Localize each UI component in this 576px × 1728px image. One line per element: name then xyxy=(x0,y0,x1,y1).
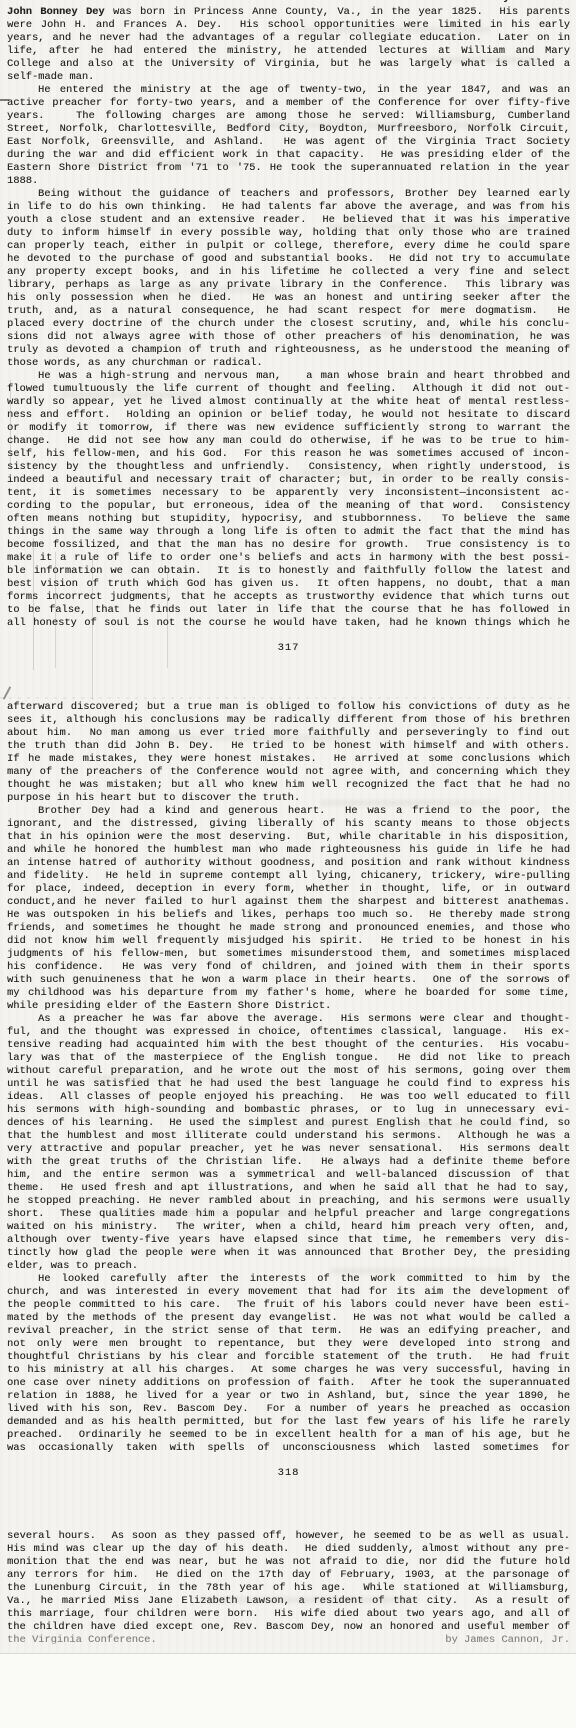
text-line: the truth than did John B. Dey. He tried… xyxy=(7,740,570,753)
margin-dash-artifact xyxy=(0,99,9,101)
crease-artifact xyxy=(55,552,56,668)
text-line: this marriage, four children were born. … xyxy=(7,1608,570,1621)
text-line: his sermons with high-sounding and bomba… xyxy=(7,1104,570,1117)
page-block-318: afterward discovered; but a true man is … xyxy=(7,701,570,1480)
text-line: His mind was clear up the day of his dea… xyxy=(7,1543,570,1556)
text-line: any terrors for him. He died on the 17th… xyxy=(7,1569,570,1582)
text-line: friends, and sometimes he thought he mad… xyxy=(7,922,570,935)
text-line: John Bonney Dey was born in Princess Ann… xyxy=(7,6,570,19)
text-line: he stopped preaching. He never rambled a… xyxy=(7,1195,570,1208)
crease-artifact xyxy=(167,572,168,668)
text-line: while presiding elder of the Eastern Sho… xyxy=(7,1000,570,1013)
closing-line: the Virginia Conference.by James Cannon,… xyxy=(7,1634,570,1647)
text-line: several hours. As soon as they passed of… xyxy=(7,1530,570,1543)
text-line: did not know him well frequently misjudg… xyxy=(7,935,570,948)
text-line: self-made man. xyxy=(7,71,570,84)
text-line: preached. Ordinarily he seemed to be in … xyxy=(7,1429,570,1442)
text-line: He was a high-strung and nervous man, a … xyxy=(7,370,570,383)
text-line: not only were men brought to repentance,… xyxy=(7,1338,570,1351)
text-line: He was outspoken in his beliefs and like… xyxy=(7,909,570,922)
text-line: sees it, although his conclusions may be… xyxy=(7,714,570,727)
smudge-artifact xyxy=(100,287,280,293)
text-column: John Bonney Dey was born in Princess Ann… xyxy=(7,0,570,1647)
text-line: church, and was interested in every move… xyxy=(7,1286,570,1299)
text-line: and fidelity. He held in supreme contemp… xyxy=(7,870,570,883)
page-number: 318 xyxy=(7,1467,570,1480)
smudge-artifact xyxy=(350,330,520,336)
text-line: monition that the end was near, but he w… xyxy=(7,1556,570,1569)
text-line: to his ministry at all his charges. At s… xyxy=(7,1364,570,1377)
smudge-artifact xyxy=(330,224,530,230)
text-line: can properly teach, either in pulpit or … xyxy=(7,240,570,253)
text-line: an intense hatred of authority without g… xyxy=(7,857,570,870)
text-line: for place, indeed, deception in every fo… xyxy=(7,883,570,896)
page-bottom-edge xyxy=(0,1653,576,1654)
text-line: revival preacher, in the strict sense of… xyxy=(7,1325,570,1338)
text-line: any property except books, and in his li… xyxy=(7,266,570,279)
text-line: him, and the entire sermon was a symmetr… xyxy=(7,1169,570,1182)
text-line: Being without the guidance of teachers a… xyxy=(7,188,570,201)
text-line: my childhood was his departure from my f… xyxy=(7,987,570,1000)
text-line: self, his fellow-men, and his God. For t… xyxy=(7,448,570,461)
text-line: Brother Dey had a kind and generous hear… xyxy=(7,805,570,818)
text-line: library, perhaps as large as any private… xyxy=(7,279,570,292)
text-line: the children have died except one, Rev. … xyxy=(7,1621,570,1634)
text-line: the people committed to his care. The fr… xyxy=(7,1299,570,1312)
text-line: He entered the ministry at the age of tw… xyxy=(7,84,570,97)
text-line: As a preacher he was far above the avera… xyxy=(7,1013,570,1026)
text-line: conduct,and he never failed to hurl agai… xyxy=(7,896,570,909)
text-line: that the humblest and most illiterate co… xyxy=(7,1130,570,1143)
scanned-document-page: by W. W. ——— John Bonney Dey was born in… xyxy=(0,0,576,1728)
smudge-artifact xyxy=(120,1210,320,1216)
text-line: lived with his son, Rev. Bascom Dey. For… xyxy=(7,1403,570,1416)
text-line: very attractive and popular preacher, ye… xyxy=(7,1143,570,1156)
text-line: with such genuineness that he won a warm… xyxy=(7,974,570,987)
crease-artifact xyxy=(33,538,34,670)
text-line: ignorant, and the distressed, giving lib… xyxy=(7,818,570,831)
text-line: thought he was mistaken; but all who kne… xyxy=(7,779,570,792)
crease-artifact xyxy=(92,556,93,700)
crease-artifact xyxy=(10,380,11,468)
smudge-artifact xyxy=(240,122,500,128)
text-line: that in his opinion were the most deserv… xyxy=(7,831,570,844)
text-line: truly as devoted a champion of truth and… xyxy=(7,344,570,357)
text-line: truth, and, as a natural consequence, he… xyxy=(7,305,570,318)
text-line: those words, as any churchman or radical… xyxy=(7,357,570,370)
text-line: East Norfolk, Greensville, and Ashland. … xyxy=(7,136,570,149)
text-line: waited on his ministry. The writer, when… xyxy=(7,1221,570,1234)
text-line: things in the same way through a long li… xyxy=(7,526,570,539)
text-line: his only possession when he died. He was… xyxy=(7,292,570,305)
smudge-artifact xyxy=(300,470,500,476)
text-line: years, and he never had the advantages o… xyxy=(7,32,570,45)
text-line: with the great truths of the Christian l… xyxy=(7,1156,570,1169)
pages-container: John Bonney Dey was born in Princess Ann… xyxy=(7,6,570,1647)
page-seam-artifact xyxy=(0,697,576,699)
smudge-artifact xyxy=(300,1122,520,1128)
text-line: ideas. All classes of people enjoyed his… xyxy=(7,1091,570,1104)
cropped-byline-previous-sketch: by W. W. ——— xyxy=(422,0,572,5)
text-line: mated by the methods of the present day … xyxy=(7,1312,570,1325)
smudge-artifact xyxy=(80,160,240,166)
smudge-artifact xyxy=(60,392,200,398)
text-line: tensive reading had acquainted him with … xyxy=(7,1039,570,1052)
closing-text: the Virginia Conference. xyxy=(7,1634,157,1647)
text-line: 1888. xyxy=(7,175,570,188)
text-line: active preacher for forty-two years, and… xyxy=(7,97,570,110)
author-byline: by James Cannon, Jr. xyxy=(445,1634,570,1647)
text-line: If he made mistakes, they were honest mi… xyxy=(7,753,570,766)
text-line: the Lunenburg Circuit, in the 78th year … xyxy=(7,1582,570,1595)
text-line: lary was that of the masterpiece of the … xyxy=(7,1052,570,1065)
text-line: his confidence. He was very fond of chil… xyxy=(7,961,570,974)
smudge-artifact xyxy=(420,57,540,63)
text-line: in life to do his own thinking. He had t… xyxy=(7,201,570,214)
text-line: become fossilized, and that the man has … xyxy=(7,539,570,552)
text-line: demanded and as his health permitted, bu… xyxy=(7,1416,570,1429)
text-line: tent, it is sometimes necessary to be ap… xyxy=(7,487,570,500)
text-line: he devoted to the purchase of good and s… xyxy=(7,253,570,266)
text-line-rest: was born in Princess Anne County, Va., i… xyxy=(105,6,570,18)
text-line: change. He did not see how any man could… xyxy=(7,435,570,448)
text-line: theme. He used fresh and apt illustratio… xyxy=(7,1182,570,1195)
text-line: was occasionally taken with spells of un… xyxy=(7,1442,570,1455)
smudge-artifact xyxy=(300,27,490,33)
cropped-byline-text: by W. W. ——— xyxy=(422,0,572,5)
scan-bottom-margin xyxy=(0,1654,576,1728)
text-line: and while he honored the humblest man wh… xyxy=(7,844,570,857)
text-line: often means nothing but stupidity, hypoc… xyxy=(7,513,570,526)
smudge-artifact xyxy=(330,1268,510,1274)
smudge-artifact xyxy=(200,1597,420,1603)
text-line: tinctly how glad the people were when it… xyxy=(7,1247,570,1260)
page-block-end: several hours. As soon as they passed of… xyxy=(7,1530,570,1647)
text-line: cording to the popular, but erroneous, i… xyxy=(7,500,570,513)
text-line: although over twenty-five years have ela… xyxy=(7,1234,570,1247)
text-line: relation in 1888, he lived for a year or… xyxy=(7,1390,570,1403)
text-line: ful, and the thought was expressed in ch… xyxy=(7,1026,570,1039)
text-line: thoughtful Christians by his clear and f… xyxy=(7,1351,570,1364)
text-line: many of the preachers of the Conference … xyxy=(7,766,570,779)
smudge-artifact xyxy=(320,800,500,806)
text-line: afterward discovered; but a true man is … xyxy=(7,701,570,714)
subject-name: John Bonney Dey xyxy=(7,6,105,18)
text-line: ness and effort. Holding an opinion or b… xyxy=(7,409,570,422)
text-line: one case over ninety additions on profes… xyxy=(7,1377,570,1390)
smudge-artifact xyxy=(90,1075,260,1081)
text-line: judgments of his fellow-men, but sometim… xyxy=(7,948,570,961)
text-line: He looked carefully after the interests … xyxy=(7,1273,570,1286)
smudge-artifact xyxy=(150,735,350,741)
text-line: or modify it tomorrow, if there was new … xyxy=(7,422,570,435)
